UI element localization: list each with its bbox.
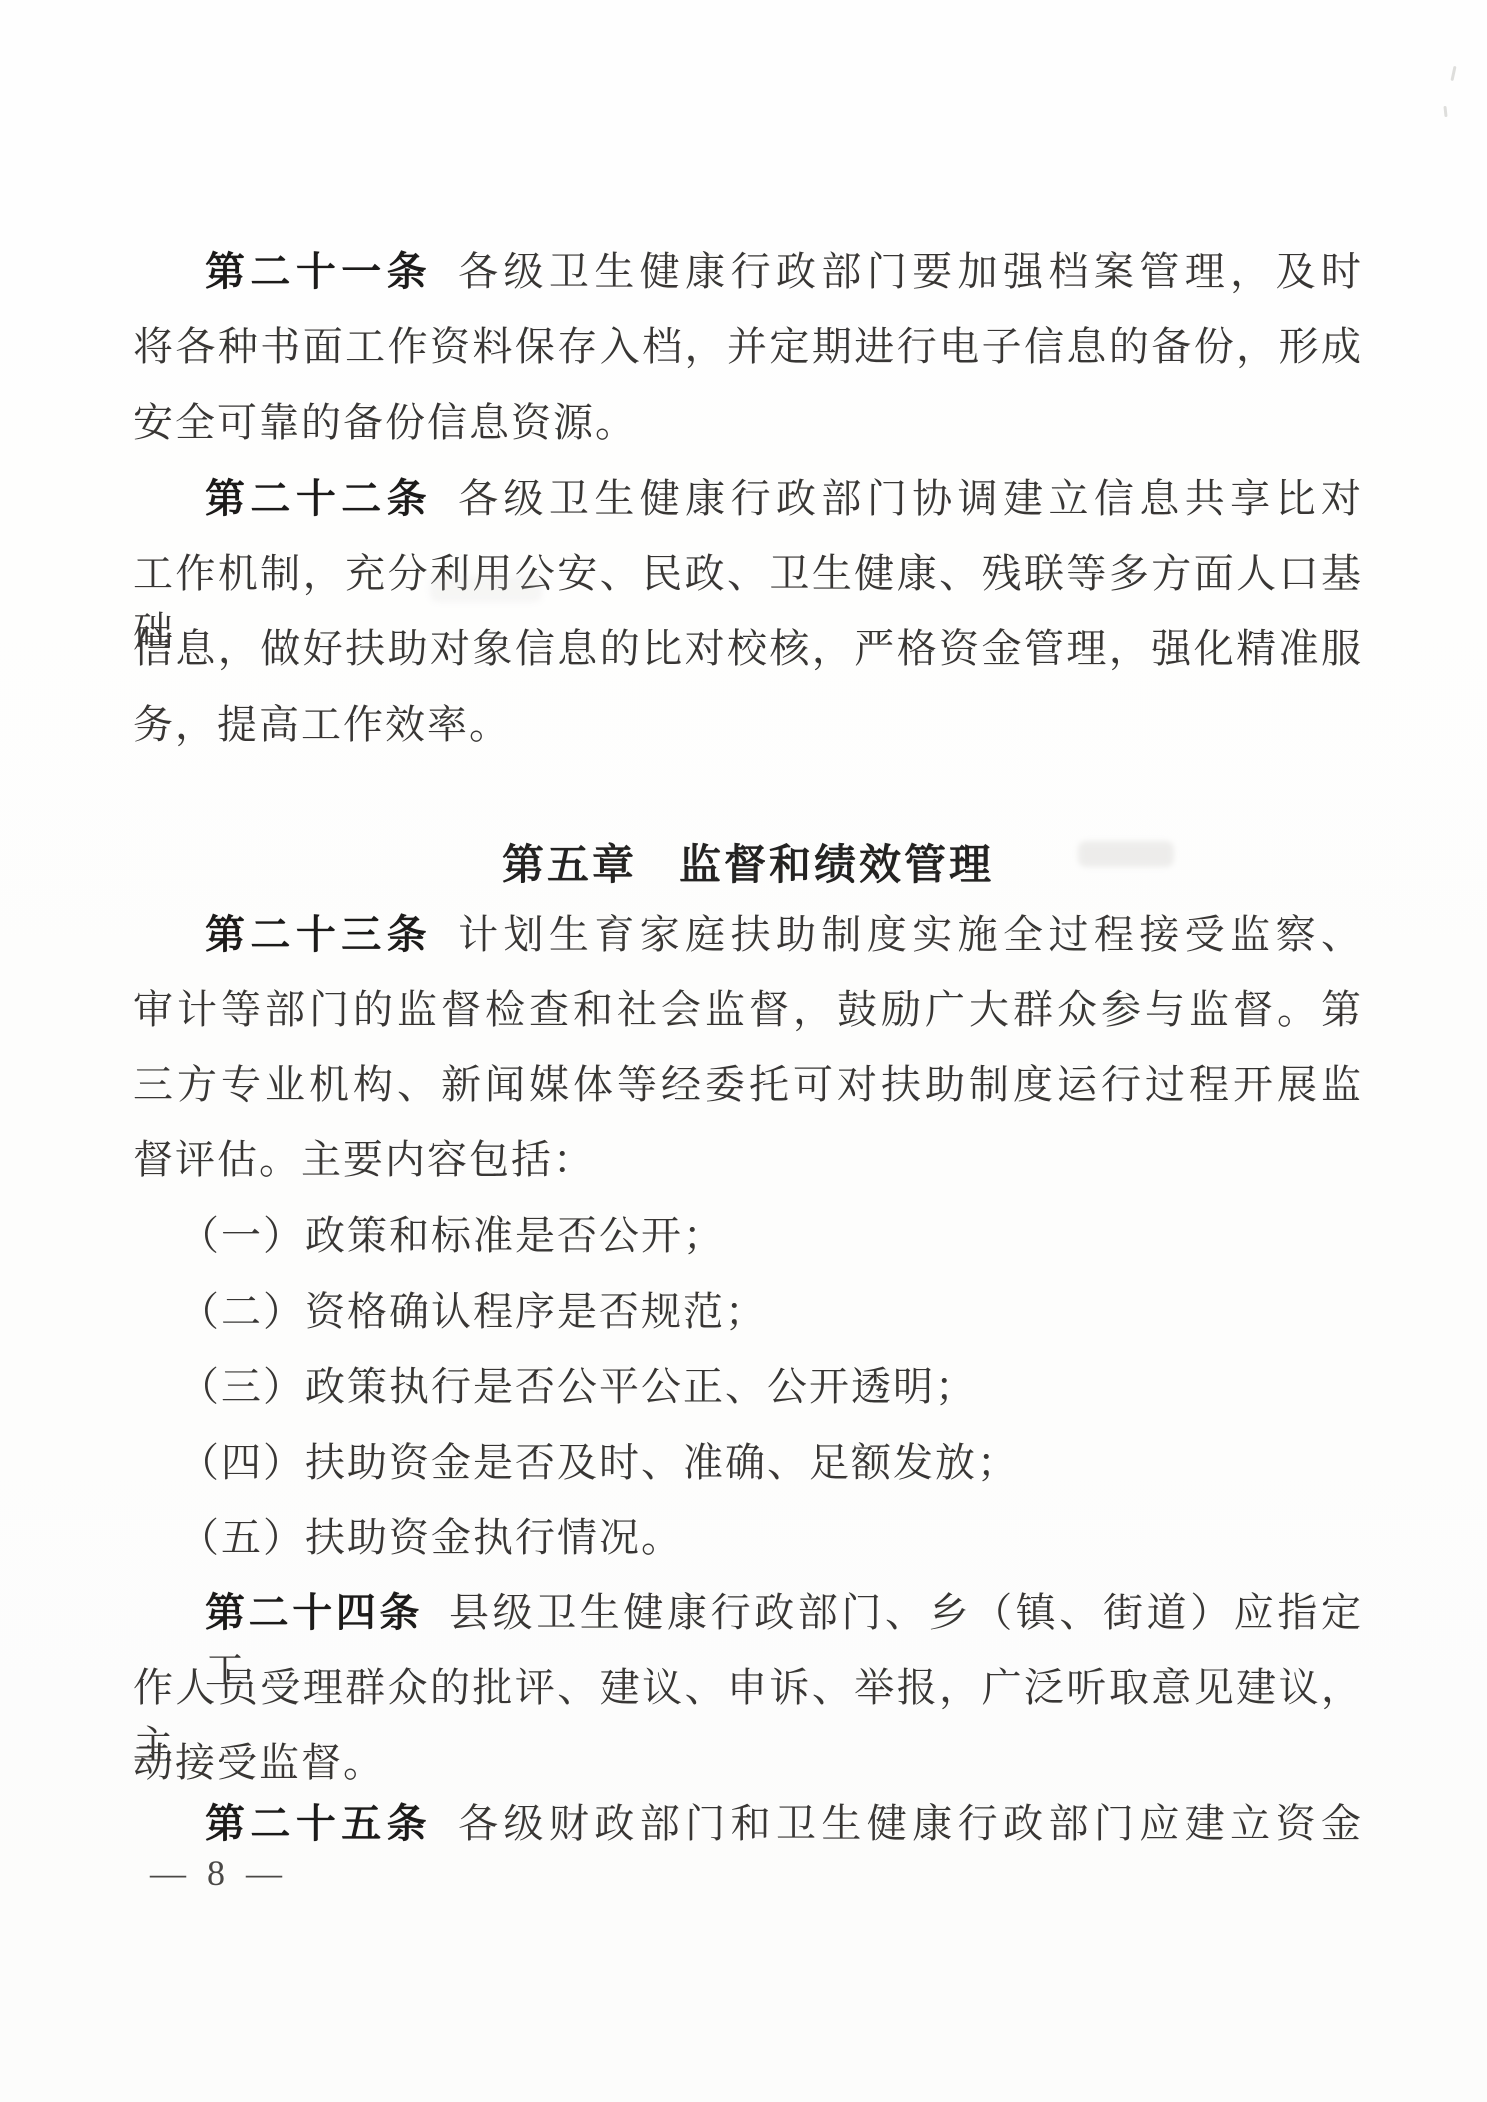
- list-item-text: （五）扶助资金执行情况。: [179, 1515, 683, 1560]
- body-line-text: 务，提高工作效率。: [133, 702, 511, 747]
- list-item-text: （三）政策执行是否公平公正、公开透明；: [179, 1364, 977, 1409]
- scan-speck: [1443, 106, 1447, 117]
- list-item: （三）政策执行是否公平公正、公开透明；: [133, 1358, 1363, 1420]
- body-line: 动接受监督。: [133, 1734, 1363, 1796]
- body-line: 三方专业机构、新闻媒体等经委托可对扶助制度运行过程开展监: [133, 1056, 1363, 1118]
- list-item-text: （一）政策和标准是否公开；: [179, 1213, 725, 1258]
- body-line-text: 各级卫生健康行政部门要加强档案管理，及时: [458, 249, 1363, 294]
- body-line: 安全可靠的备份信息资源。: [133, 394, 1363, 456]
- article-number: 第二十三条: [205, 913, 432, 957]
- list-item: （四）扶助资金是否及时、准确、足额发放；: [133, 1434, 1363, 1496]
- list-item: （二）资格确认程序是否规范；: [133, 1283, 1363, 1345]
- list-item-text: （二）资格确认程序是否规范；: [179, 1289, 767, 1334]
- body-line: 审计等部门的监督检查和社会监督，鼓励广大群众参与监督。第: [133, 981, 1363, 1043]
- chapter-title: 监督和绩效管理: [679, 841, 994, 888]
- body-line: 第二十一条各级卫生健康行政部门要加强档案管理，及时: [133, 243, 1363, 305]
- document-text-block: 第二十一条各级卫生健康行政部门要加强档案管理，及时 将各种书面工作资料保存入档，…: [133, 0, 1363, 2102]
- body-line-text: 督评估。主要内容包括：: [133, 1137, 595, 1182]
- body-line-text: 计划生育家庭扶助制度实施全过程接受监察、: [458, 912, 1363, 957]
- body-line-text: 各级财政部门和卫生健康行政部门应建立资金: [458, 1801, 1363, 1846]
- list-item: （五）扶助资金执行情况。: [133, 1509, 1363, 1571]
- article-number: 第二十五条: [205, 1802, 432, 1846]
- body-line-text: 安全可靠的备份信息资源。: [133, 400, 637, 445]
- list-item: （一）政策和标准是否公开；: [133, 1207, 1363, 1269]
- body-line: 第二十三条计划生育家庭扶助制度实施全过程接受监察、: [133, 906, 1363, 968]
- chapter-label: 第五章: [502, 841, 637, 888]
- page-number: — 8 —: [150, 1852, 288, 1894]
- body-line: 作人员受理群众的批评、建议、申诉、举报，广泛听取意见建议，主: [133, 1659, 1363, 1721]
- body-line: 工作机制，充分利用公安、民政、卫生健康、残联等多方面人口基础: [133, 545, 1363, 607]
- scan-smudge: [1078, 841, 1174, 867]
- body-line-text: 信息，做好扶助对象信息的比对校核，严格资金管理，强化精准服: [133, 626, 1363, 671]
- body-line-text: 动接受监督。: [133, 1740, 385, 1785]
- scan-smudge: [430, 576, 542, 602]
- body-line-text: 三方专业机构、新闻媒体等经委托可对扶助制度运行过程开展监: [133, 1062, 1363, 1107]
- body-line: 信息，做好扶助对象信息的比对校核，严格资金管理，强化精准服: [133, 620, 1363, 682]
- body-line-text: 将各种书面工作资料保存入档，并定期进行电子信息的备份，形成: [133, 324, 1363, 369]
- article-number: 第二十二条: [205, 477, 432, 521]
- body-line: 将各种书面工作资料保存入档，并定期进行电子信息的备份，形成: [133, 318, 1363, 380]
- body-line: 第二十五条各级财政部门和卫生健康行政部门应建立资金: [133, 1795, 1363, 1857]
- body-line: 督评估。主要内容包括：: [133, 1131, 1363, 1193]
- scan-speck: [1450, 66, 1456, 81]
- chapter-heading: 第五章监督和绩效管理: [133, 832, 1363, 892]
- body-line-text: 各级卫生健康行政部门协调建立信息共享比对: [458, 476, 1363, 521]
- article-number: 第二十一条: [205, 250, 432, 294]
- list-item-text: （四）扶助资金是否及时、准确、足额发放；: [179, 1440, 1019, 1485]
- body-line-text: 审计等部门的监督检查和社会监督，鼓励广大群众参与监督。第: [133, 987, 1363, 1032]
- article-number: 第二十四条: [205, 1591, 423, 1635]
- body-line: 第二十二条各级卫生健康行政部门协调建立信息共享比对: [133, 470, 1363, 532]
- document-page: 第二十一条各级卫生健康行政部门要加强档案管理，及时 将各种书面工作资料保存入档，…: [0, 0, 1487, 2102]
- body-line: 务，提高工作效率。: [133, 696, 1363, 758]
- body-line: 第二十四条县级卫生健康行政部门、乡（镇、街道）应指定工: [133, 1584, 1363, 1646]
